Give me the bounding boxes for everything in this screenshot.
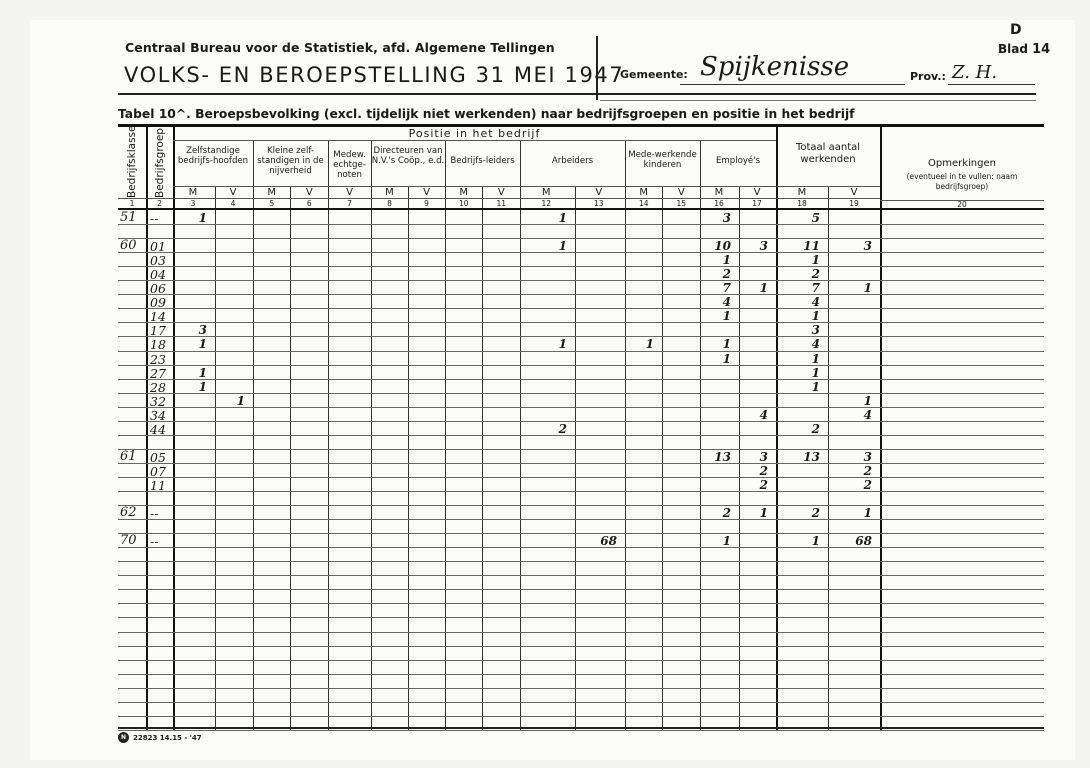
data-cell-c18: 7	[776, 281, 820, 295]
data-cell-c18: 13	[776, 450, 820, 464]
data-cell-c17: 3	[739, 450, 768, 464]
group-header: Kleine zelf-standigen in de nijverheid	[253, 146, 328, 176]
column-number: 14	[625, 199, 663, 208]
positie-header: Positie in het bedrijf	[173, 129, 776, 139]
data-cell-c18: 1	[776, 380, 820, 394]
bedrijfsklasse-header: Bedrijfsklasse	[126, 128, 140, 198]
data-cell-c17: 2	[739, 478, 768, 492]
grid-column-line	[290, 186, 291, 730]
column-number: 9	[408, 199, 445, 208]
data-cell-c19: 3	[828, 239, 872, 253]
column-number: 1	[118, 199, 146, 208]
bedrijfsgroep-cell: 03	[150, 253, 172, 268]
publisher-logo-icon: N	[118, 732, 129, 743]
data-cell-c16: 1	[700, 534, 731, 548]
totaal-header: Totaal aantal werkenden	[776, 142, 880, 166]
column-number: 10	[445, 199, 483, 208]
data-cell-c17: 3	[739, 239, 768, 253]
gemeente-label: Gemeente:	[620, 68, 688, 81]
grid-row-line	[118, 421, 1044, 422]
grid-row-line	[118, 702, 1044, 703]
grid-column-line	[575, 186, 576, 730]
sex-header: V	[408, 187, 445, 198]
group-header: Mede-werkende kinderen	[625, 150, 700, 170]
grid-row-line	[118, 365, 1044, 366]
group-header: Medew. echtge-noten	[328, 150, 371, 180]
data-cell-c18: 5	[776, 211, 820, 225]
column-number: 20	[880, 200, 1044, 209]
data-cell-c16: 1	[700, 253, 731, 267]
data-cell-c18: 2	[776, 422, 820, 436]
data-cell-c3: 1	[173, 366, 207, 380]
grid-row-line	[118, 280, 1044, 281]
sex-header: M	[173, 187, 213, 198]
data-cell-c16: 3	[700, 211, 731, 225]
data-cell-c16: 4	[700, 295, 731, 309]
data-cell-c18: 11	[776, 239, 820, 253]
grid-column-line	[482, 186, 483, 730]
bedrijfsgroep-cell: 14	[150, 309, 172, 324]
header-rule-thin	[600, 100, 1036, 101]
sex-header: M	[520, 187, 573, 198]
opmerkingen-note: (eventueel in te vullen: naam bedrijfsgr…	[880, 172, 1044, 192]
data-cell-c17: 1	[739, 281, 768, 295]
grid-row-line	[118, 224, 1044, 225]
group-header: Bedrijfs-leiders	[445, 156, 520, 166]
data-cell-c3: 3	[173, 323, 207, 337]
column-number: 15	[663, 199, 701, 208]
grid-column-line	[662, 186, 663, 730]
bedrijfsgroep-cell: 27	[150, 366, 172, 381]
data-cell-c4: 1	[215, 394, 245, 408]
data-cell-c3: 1	[173, 211, 207, 225]
data-cell-c19: 1	[828, 506, 872, 520]
prov-field-line	[948, 84, 1035, 85]
bedrijfsgroep-cell: 23	[150, 352, 172, 367]
bedrijfsgroep-cell: 17	[150, 323, 172, 338]
grid-row-line	[118, 491, 1044, 492]
data-cell-c12: 1	[520, 337, 567, 351]
data-cell-c17: 2	[739, 464, 768, 478]
bedrijfsklasse-cell: 51	[120, 210, 146, 225]
positie-rule	[173, 140, 776, 141]
data-cell-c3: 1	[173, 337, 207, 351]
data-cell-c18: 2	[776, 506, 820, 520]
data-cell-c18: 2	[776, 267, 820, 281]
bedrijfsgroep-cell: 05	[150, 450, 172, 465]
data-cell-c16: 10	[700, 239, 731, 253]
table-caption: Tabel 10^. Beroepsbevolking (excl. tijde…	[118, 107, 855, 121]
data-cell-c12: 1	[520, 239, 567, 253]
column-number: 6	[291, 199, 329, 208]
grid-row-line	[118, 449, 1044, 450]
bedrijfsgroep-cell: 18	[150, 337, 172, 352]
data-cell-c13: 68	[575, 534, 617, 548]
data-cell-c17: 1	[739, 506, 768, 520]
column-number: 19	[828, 199, 880, 208]
grid-row-line	[118, 589, 1044, 590]
grid-row-line	[118, 379, 1044, 380]
data-cell-c16: 1	[700, 309, 731, 323]
bedrijfsgroep-cell: 34	[150, 408, 172, 423]
grid-row-line	[118, 646, 1044, 647]
grid-row-line	[118, 561, 1044, 562]
column-number: 8	[371, 199, 408, 208]
data-cell-c3: 1	[173, 380, 207, 394]
opmerkingen-header: Opmerkingen	[880, 158, 1044, 169]
blad-number: Blad 14	[998, 42, 1050, 57]
data-cell-c19: 4	[828, 408, 872, 422]
sex-header: M	[625, 187, 663, 198]
sex-header: V	[828, 187, 880, 198]
bedrijfsgroep-cell: --	[150, 534, 172, 549]
column-number: 17	[738, 199, 776, 208]
table-bottom-rule	[118, 727, 1044, 729]
data-cell-c18: 4	[776, 337, 820, 351]
bedrijfsgroep-header: Bedrijfsgroep	[154, 128, 168, 198]
data-cell-c19: 2	[828, 478, 872, 492]
data-cell-c19: 68	[828, 534, 872, 548]
data-cell-c16: 1	[700, 337, 731, 351]
bedrijfsgroep-cell: 01	[150, 239, 172, 254]
sex-header: V	[663, 187, 701, 198]
grid-row-line	[118, 322, 1044, 323]
grid-row-line	[118, 308, 1044, 309]
gemeente-field-line	[680, 84, 905, 85]
bedrijfsgroep-cell: 28	[150, 380, 172, 395]
sex-header: M	[445, 187, 483, 198]
column-number: 7	[328, 199, 371, 208]
data-cell-c16: 7	[700, 281, 731, 295]
grid-row-line	[118, 407, 1044, 408]
data-cell-c18: 1	[776, 366, 820, 380]
column-number: 4	[213, 199, 253, 208]
grid-row-line	[118, 435, 1044, 436]
bedrijfsgroep-cell: --	[150, 211, 172, 226]
sex-header: V	[213, 187, 253, 198]
grid-row-line	[118, 603, 1044, 604]
group-header: Employé's	[700, 156, 776, 166]
column-number: 13	[573, 199, 626, 208]
grid-row-line	[118, 575, 1044, 576]
organization-name: Centraal Bureau voor de Statistiek, afd.…	[125, 40, 555, 55]
grid-column-line	[880, 126, 882, 730]
data-cell-c16: 2	[700, 267, 731, 281]
column-number: 12	[520, 199, 573, 208]
grid-row-line	[118, 617, 1044, 618]
grid-column-line	[215, 186, 216, 730]
grid-row-line	[118, 252, 1044, 253]
data-cell-c18: 1	[776, 352, 820, 366]
data-cell-c16: 1	[700, 352, 731, 366]
gemeente-field[interactable]: Spijkenisse	[700, 52, 849, 82]
column-number: 11	[483, 199, 521, 208]
column-number: 3	[173, 199, 213, 208]
bedrijfsklasse-cell: 61	[120, 449, 146, 464]
form-title: VOLKS- EN BEROEPSTELLING 31 MEI 1947	[124, 63, 624, 87]
sex-header: V	[483, 187, 521, 198]
column-number: 18	[776, 199, 828, 208]
grid-row-line	[118, 477, 1044, 478]
grid-row-line	[118, 463, 1044, 464]
prov-label: Prov.:	[910, 70, 946, 83]
bedrijfsgroep-cell: 04	[150, 267, 172, 282]
data-cell-c18: 1	[776, 253, 820, 267]
header-rule	[118, 93, 1036, 95]
data-cell-c17: 4	[739, 408, 768, 422]
column-number: 5	[253, 199, 291, 208]
data-cell-c19: 2	[828, 464, 872, 478]
sex-header: M	[700, 187, 738, 198]
data-cell-c19: 1	[828, 394, 872, 408]
bedrijfsklasse-cell: 60	[120, 238, 146, 253]
sex-header: V	[328, 187, 371, 198]
sex-header: V	[573, 187, 626, 198]
data-cell-c19: 3	[828, 450, 872, 464]
column-number: 16	[700, 199, 738, 208]
sex-header: V	[738, 187, 776, 198]
prov-field[interactable]: Z. H.	[952, 62, 997, 83]
form-code: 22823 14.15 - '47	[133, 734, 202, 742]
data-cell-c12: 1	[520, 211, 567, 225]
grid-row-line	[118, 351, 1044, 352]
data-cell-c18: 1	[776, 309, 820, 323]
data-cell-c18: 1	[776, 534, 820, 548]
sex-header: M	[776, 187, 828, 198]
sex-header: V	[291, 187, 329, 198]
grid-row-line	[118, 660, 1044, 661]
blad-value: 14	[1032, 42, 1050, 57]
grid-row-line	[118, 730, 1044, 731]
bedrijfsgroep-cell: 07	[150, 464, 172, 479]
bedrijfsgroep-cell: 44	[150, 422, 172, 437]
grid-row-line	[118, 716, 1044, 717]
bedrijfsgroep-cell: --	[150, 506, 172, 521]
bedrijfsklasse-cell: 70	[120, 533, 146, 548]
grid-column-line	[408, 186, 409, 730]
grid-row-line	[118, 674, 1044, 675]
bedrijfsklasse-cell: 62	[120, 505, 146, 520]
grid-row-line	[118, 393, 1044, 394]
group-header: Arbeiders	[520, 156, 625, 166]
data-cell-c16: 13	[700, 450, 731, 464]
grid-row-line	[118, 519, 1044, 520]
bedrijfsgroep-cell: 32	[150, 394, 172, 409]
data-cell-c18: 3	[776, 323, 820, 337]
data-cell-c16: 2	[700, 506, 731, 520]
header-divider	[596, 36, 598, 100]
blad-label: Blad	[998, 42, 1028, 56]
data-cell-c19: 1	[828, 281, 872, 295]
grid-row-line	[118, 294, 1044, 295]
grid-row-line	[118, 266, 1044, 267]
bedrijfsgroep-cell: 09	[150, 295, 172, 310]
grid-row-line	[118, 505, 1044, 506]
data-cell-c18: 4	[776, 295, 820, 309]
data-cell-c12: 2	[520, 422, 567, 436]
group-header: Zelfstandige bedrijfs-hoofden	[173, 146, 253, 166]
bedrijfsgroep-cell: 11	[150, 478, 172, 493]
sex-header: M	[371, 187, 408, 198]
grid-row-line	[118, 238, 1044, 239]
grid-row-line	[118, 336, 1044, 337]
sex-header: M	[253, 187, 291, 198]
form-footer: N 22823 14.15 - '47	[118, 732, 202, 743]
grid-row-line	[118, 688, 1044, 689]
bedrijfsgroep-cell: 06	[150, 281, 172, 296]
column-number: 2	[146, 199, 173, 208]
blad-mark: D	[1010, 22, 1022, 38]
data-cell-c14: 1	[625, 337, 654, 351]
group-header: Directeuren van N.V.'s Coöp., e.d.	[371, 146, 445, 166]
grid-column-line	[146, 126, 148, 730]
grid-row-line	[118, 632, 1044, 633]
census-table: BedrijfsklasseBedrijfsgroepPositie in he…	[118, 126, 1044, 730]
